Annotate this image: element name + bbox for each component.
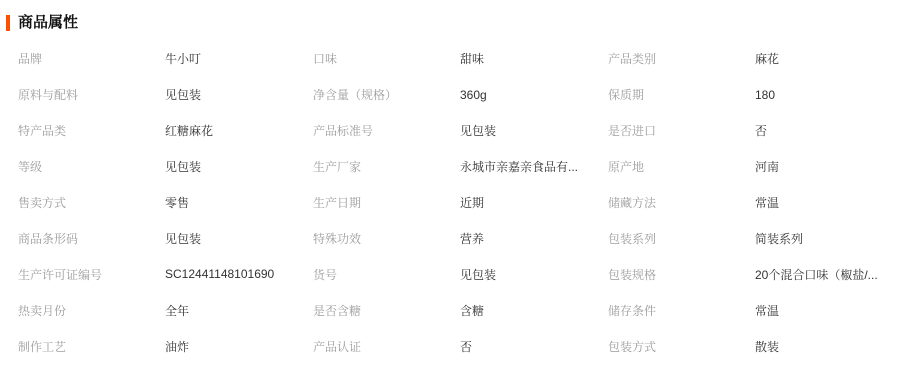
attribute-value: 见包装 [460,266,608,283]
attribute-cell: 是否进口 否 [608,122,897,139]
attribute-value: 180 [755,88,897,102]
attribute-cell: 制作工艺 油炸 [18,338,313,355]
attribute-value: 20个混合口味（椒盐/... [755,266,897,283]
attribute-label: 储存条件 [608,302,755,319]
attribute-value: 河南 [755,158,897,175]
attribute-value: 否 [755,122,897,139]
attribute-label: 生产日期 [313,194,460,211]
attribute-label: 等级 [18,158,165,175]
attribute-cell: 生产日期 近期 [313,194,608,211]
attribute-cell: 净含量（规格） 360g [313,86,608,103]
attribute-cell: 等级 见包装 [18,158,313,175]
attribute-cell: 品牌 牛小叮 [18,50,313,67]
attribute-value: 常温 [755,302,897,319]
attribute-cell: 特殊功效 营养 [313,230,608,247]
attribute-label: 原产地 [608,158,755,175]
attribute-label: 保质期 [608,86,755,103]
attribute-row: 原料与配料 见包装 净含量（规格） 360g 保质期 180 [18,77,902,113]
attribute-value: 营养 [460,230,608,247]
attribute-value: 散装 [755,338,897,355]
attribute-value: 麻花 [755,50,897,67]
attribute-label: 是否含糖 [313,302,460,319]
attribute-row: 生产许可证编号 SC12441148101690 货号 见包装 包装规格 20个… [18,256,902,292]
attribute-cell: 原产地 河南 [608,158,897,175]
attribute-label: 热卖月份 [18,302,165,319]
attribute-value: 见包装 [165,158,313,175]
attribute-value: 见包装 [165,86,313,103]
attribute-cell: 生产厂家 永城市亲嘉亲食品有... [313,158,608,175]
attribute-label: 储藏方法 [608,194,755,211]
attribute-row: 商品条形码 见包装 特殊功效 营养 包装系列 简装系列 [18,220,902,256]
attribute-label: 售卖方式 [18,194,165,211]
attribute-cell: 包装规格 20个混合口味（椒盐/... [608,266,897,283]
attribute-cell: 生产许可证编号 SC12441148101690 [18,266,313,283]
attribute-value: 见包装 [165,230,313,247]
attribute-row: 特产品类 红糖麻花 产品标准号 见包装 是否进口 否 [18,113,902,149]
attribute-label: 制作工艺 [18,338,165,355]
attribute-value: 油炸 [165,338,313,355]
attribute-value: SC12441148101690 [165,267,313,281]
attribute-label: 特产品类 [18,122,165,139]
attribute-label: 生产厂家 [313,158,460,175]
attribute-value: 甜味 [460,50,608,67]
product-attributes-panel: 商品属性 品牌 牛小叮 口味 甜味 产品类别 麻花 原料与配料 见包装 净含量（… [0,0,902,376]
attribute-cell: 是否含糖 含糖 [313,302,608,319]
attribute-cell: 保质期 180 [608,86,897,103]
attribute-cell: 包装方式 散装 [608,338,897,355]
attribute-value: 牛小叮 [165,50,313,67]
attribute-cell: 原料与配料 见包装 [18,86,313,103]
attribute-cell: 商品条形码 见包装 [18,230,313,247]
attribute-label: 产品类别 [608,50,755,67]
attribute-row: 制作工艺 油炸 产品认证 否 包装方式 散装 [18,328,902,364]
attribute-value: 见包装 [460,122,608,139]
attribute-cell: 货号 见包装 [313,266,608,283]
attribute-value: 永城市亲嘉亲食品有... [460,158,608,175]
attribute-cell: 售卖方式 零售 [18,194,313,211]
attribute-cell: 储存条件 常温 [608,302,897,319]
attribute-label: 生产许可证编号 [18,266,165,283]
attribute-row: 热卖月份 全年 是否含糖 含糖 储存条件 常温 [18,292,902,328]
attribute-cell: 产品认证 否 [313,338,608,355]
attribute-cell: 特产品类 红糖麻花 [18,122,313,139]
attribute-cell: 储藏方法 常温 [608,194,897,211]
attribute-cell: 产品标准号 见包装 [313,122,608,139]
attribute-value: 360g [460,88,608,102]
attribute-cell: 产品类别 麻花 [608,50,897,67]
attribute-value: 零售 [165,194,313,211]
attribute-label: 特殊功效 [313,230,460,247]
attribute-label: 口味 [313,50,460,67]
attribute-label: 品牌 [18,50,165,67]
attribute-label: 产品认证 [313,338,460,355]
attribute-label: 原料与配料 [18,86,165,103]
attribute-label: 货号 [313,266,460,283]
attribute-label: 包装方式 [608,338,755,355]
attribute-label: 产品标准号 [313,122,460,139]
attribute-value: 常温 [755,194,897,211]
attribute-label: 包装规格 [608,266,755,283]
accent-bar [6,15,10,31]
attribute-cell: 口味 甜味 [313,50,608,67]
attribute-row: 售卖方式 零售 生产日期 近期 储藏方法 常温 [18,185,902,221]
attribute-value: 红糖麻花 [165,122,313,139]
section-header: 商品属性 [0,0,902,32]
attribute-row: 品牌 牛小叮 口味 甜味 产品类别 麻花 [18,41,902,77]
section-title: 商品属性 [18,14,78,32]
attribute-cell: 热卖月份 全年 [18,302,313,319]
attribute-value: 简装系列 [755,230,897,247]
attribute-cell: 包装系列 简装系列 [608,230,897,247]
attribute-value: 否 [460,338,608,355]
attribute-label: 是否进口 [608,122,755,139]
attribute-label: 包装系列 [608,230,755,247]
attribute-value: 全年 [165,302,313,319]
attribute-value: 近期 [460,194,608,211]
attribute-label: 商品条形码 [18,230,165,247]
attribute-value: 含糖 [460,302,608,319]
attribute-label: 净含量（规格） [313,86,460,103]
attribute-row: 等级 见包装 生产厂家 永城市亲嘉亲食品有... 原产地 河南 [18,149,902,185]
attributes-table: 品牌 牛小叮 口味 甜味 产品类别 麻花 原料与配料 见包装 净含量（规格） 3… [0,41,902,364]
